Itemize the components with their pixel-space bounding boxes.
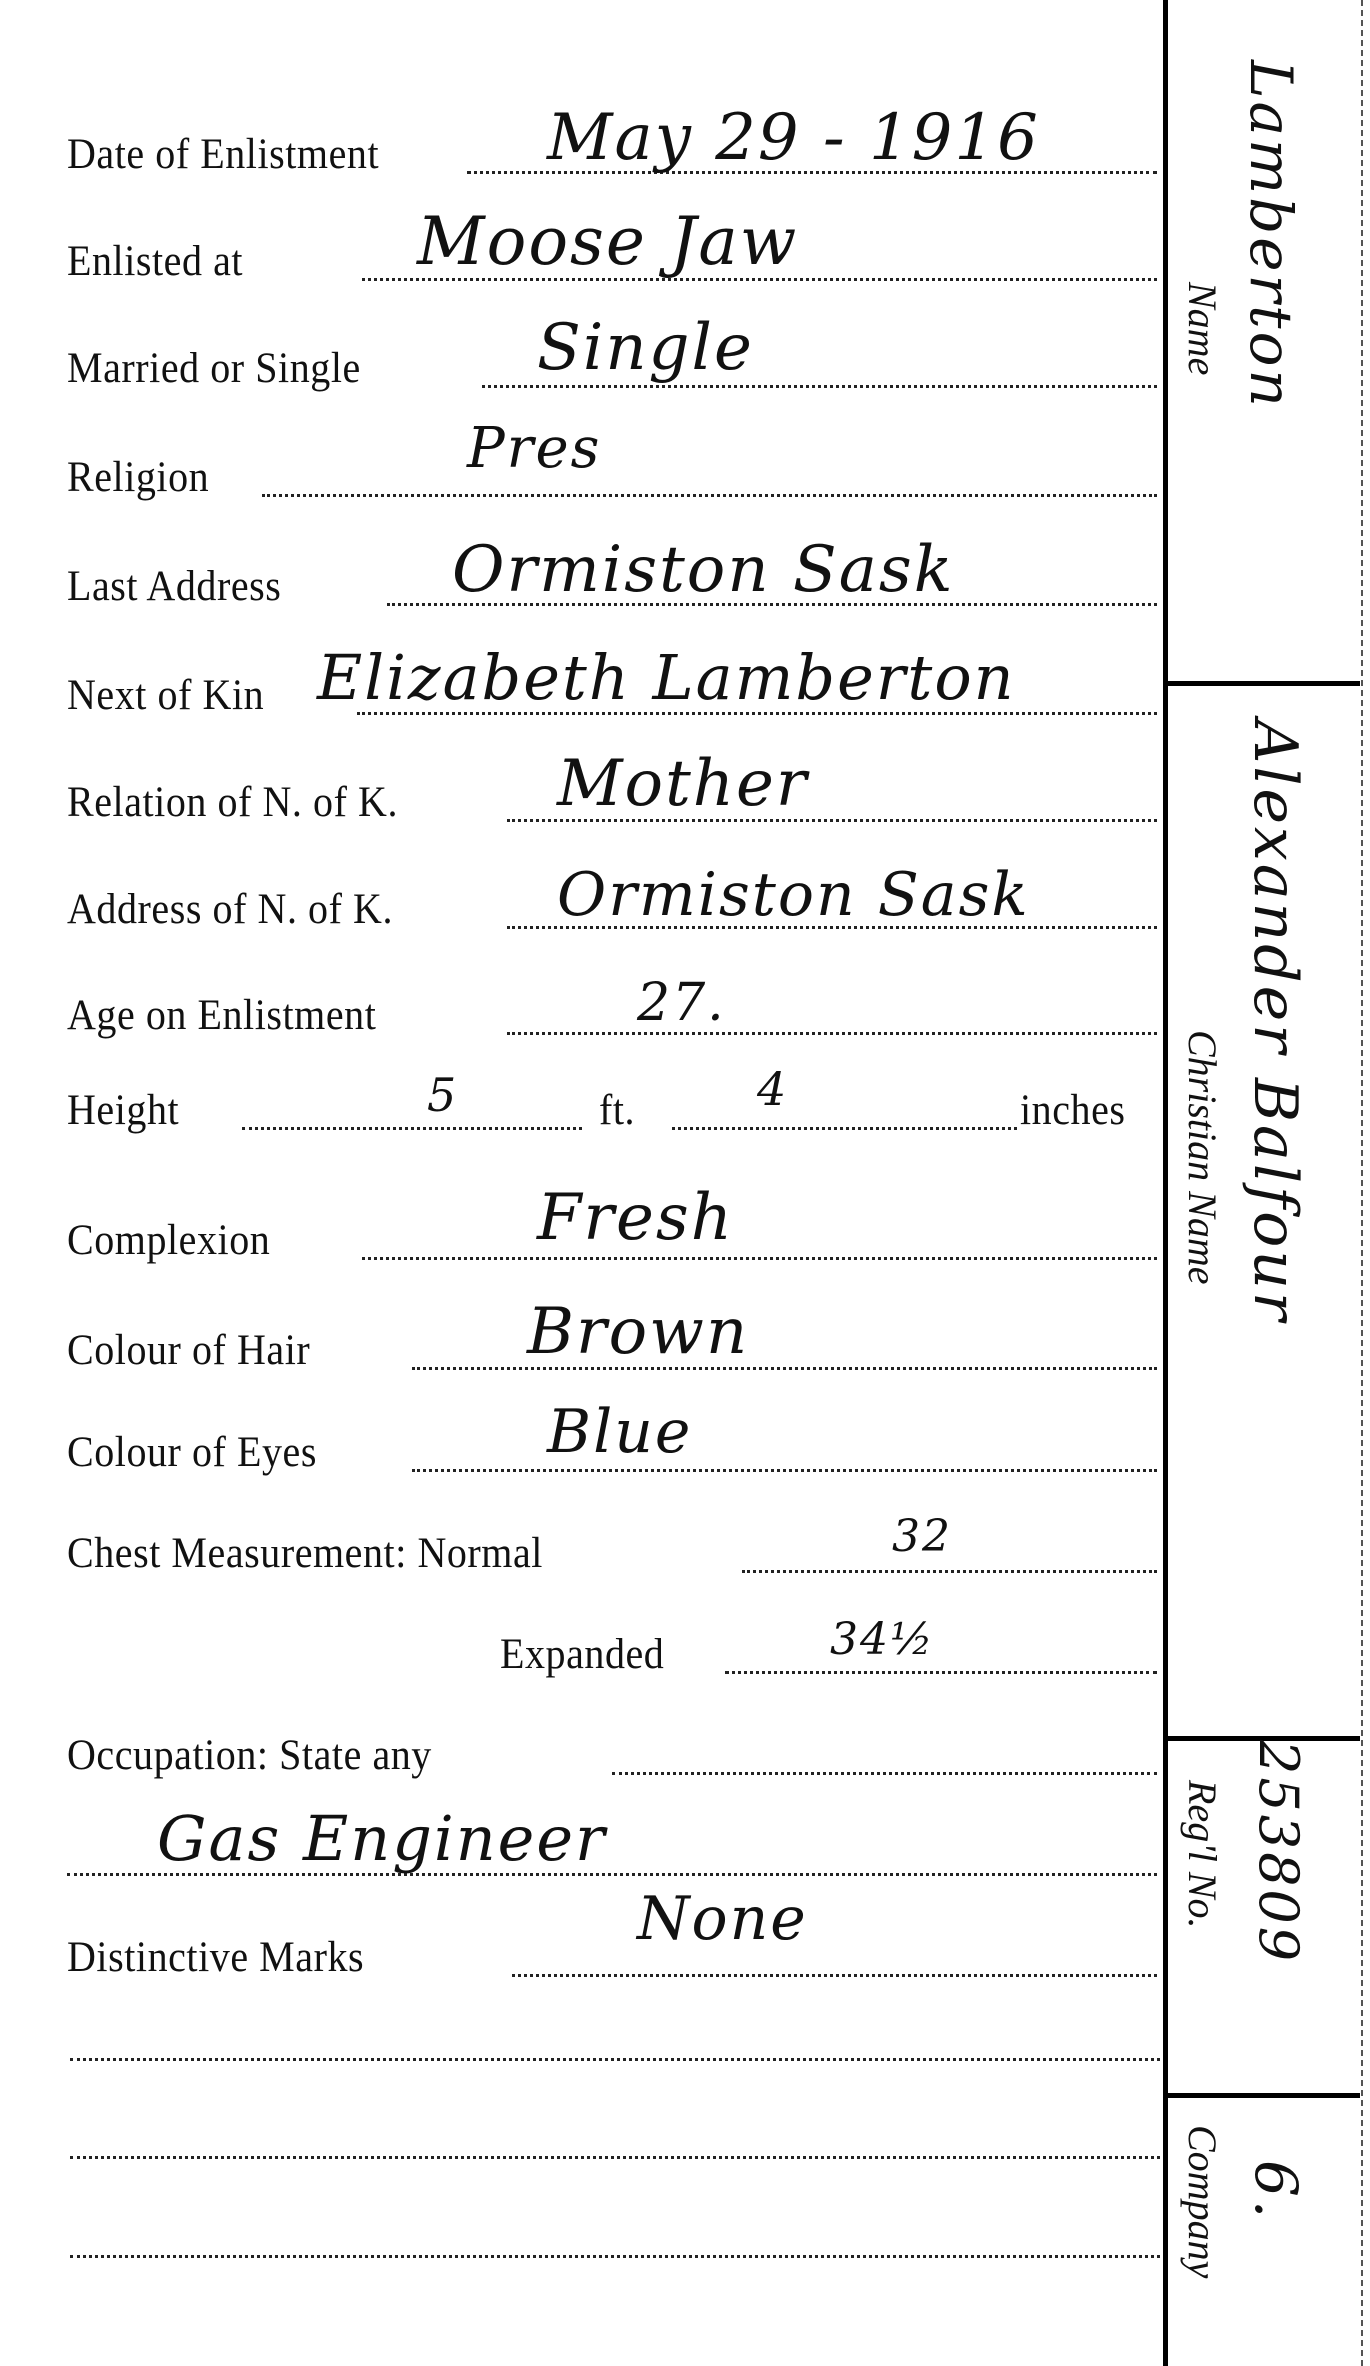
field-date-of-enlistment: Date of Enlistment May 29 - 1916 (67, 116, 1157, 176)
dotted-leader-ft (242, 1127, 582, 1130)
field-distinctive-marks: Distinctive Marks None (67, 1919, 1157, 1979)
value-height-ft[interactable]: 5 (427, 1072, 458, 1118)
dotted-leader (262, 494, 1157, 497)
label-inches: inches (1020, 1089, 1126, 1132)
panel-divider-vertical (1163, 0, 1168, 2366)
blank-line-3[interactable] (70, 2255, 1160, 2258)
field-height: Height 5 ft. 4 inches (67, 1072, 1163, 1132)
value-height-in[interactable]: 4 (757, 1066, 788, 1112)
value-religion[interactable]: Pres (467, 421, 601, 477)
value-chest-expanded[interactable]: 34½ (830, 1618, 935, 1662)
label-ft: ft. (599, 1089, 635, 1132)
dotted-leader (507, 1032, 1157, 1035)
side-label-name: Name (1182, 282, 1222, 375)
value-colour-of-eyes[interactable]: Blue (547, 1402, 692, 1462)
value-last-address[interactable]: Ormiston Sask (452, 538, 955, 602)
field-next-of-kin: Next of Kin Elizabeth Lamberton (67, 657, 1157, 717)
label-chest-expanded: Expanded (500, 1633, 664, 1676)
field-last-address: Last Address Ormiston Sask (67, 548, 1157, 608)
blank-line-2[interactable] (70, 2156, 1160, 2159)
field-chest-normal: Chest Measurement: Normal 32 (67, 1515, 1157, 1575)
field-address-nok: Address of N. of K. Ormiston Sask (67, 871, 1157, 931)
label-next-of-kin: Next of Kin (67, 674, 264, 717)
side-label-christian-name: Christian Name (1182, 1030, 1222, 1284)
side-value-name[interactable]: Lamberton (1242, 60, 1300, 410)
card-right-edge (1361, 0, 1363, 2366)
label-colour-of-eyes: Colour of Eyes (67, 1431, 317, 1474)
label-married-or-single: Married or Single (67, 347, 361, 390)
dotted-leader (512, 1974, 1157, 1977)
label-relation-nok: Relation of N. of K. (67, 781, 398, 824)
label-occupation: Occupation: State any (67, 1734, 432, 1777)
field-colour-of-hair: Colour of Hair Brown (67, 1312, 1157, 1372)
dotted-leader (412, 1469, 1157, 1472)
field-enlisted-at: Enlisted at Moose Jaw (67, 223, 1157, 283)
field-religion: Religion Pres (67, 439, 1157, 499)
field-complexion: Complexion Fresh (67, 1202, 1157, 1262)
value-next-of-kin[interactable]: Elizabeth Lamberton (317, 647, 1016, 709)
blank-line-1[interactable] (70, 2058, 1160, 2061)
field-chest-expanded: Expanded 34½ (500, 1616, 1157, 1676)
side-value-company[interactable]: 6. (1247, 2160, 1305, 2221)
value-date-of-enlistment[interactable]: May 29 - 1916 (547, 106, 1040, 170)
dotted-leader (362, 1257, 1157, 1260)
dotted-leader (742, 1570, 1157, 1573)
field-colour-of-eyes: Colour of Eyes Blue (67, 1414, 1157, 1474)
label-complexion: Complexion (67, 1219, 270, 1262)
label-distinctive-marks: Distinctive Marks (67, 1936, 364, 1979)
panel-divider-1 (1168, 681, 1360, 686)
label-chest-normal: Chest Measurement: Normal (67, 1532, 543, 1575)
value-chest-normal[interactable]: 32 (892, 1515, 952, 1559)
label-colour-of-hair: Colour of Hair (67, 1329, 310, 1372)
dotted-leader (482, 385, 1157, 388)
label-address-nok: Address of N. of K. (67, 888, 393, 931)
value-relation-nok[interactable]: Mother (557, 752, 808, 816)
dotted-leader (412, 1367, 1157, 1370)
side-label-company: Company (1182, 2125, 1222, 2278)
attestation-card: Date of Enlistment May 29 - 1916 Enliste… (0, 0, 1370, 2366)
value-colour-of-hair[interactable]: Brown (527, 1300, 749, 1364)
label-religion: Religion (67, 456, 209, 499)
value-distinctive-marks[interactable]: None (637, 1889, 808, 1949)
label-age-on-enlistment: Age on Enlistment (67, 994, 376, 1037)
side-value-regt-no[interactable]: 253809 (1251, 1740, 1305, 1964)
label-height: Height (67, 1089, 179, 1132)
side-value-christian-name[interactable]: Alexander Balfour (1245, 720, 1305, 1324)
panel-divider-3 (1168, 2093, 1360, 2098)
dotted-leader-in (672, 1127, 1017, 1130)
field-occupation: Occupation: State any (67, 1717, 1157, 1777)
value-married-or-single[interactable]: Single (537, 316, 754, 380)
value-enlisted-at[interactable]: Moose Jaw (417, 209, 798, 275)
value-age-on-enlistment[interactable]: 27. (637, 977, 726, 1029)
value-address-nok[interactable]: Ormiston Sask (557, 865, 1030, 925)
dotted-leader (725, 1671, 1157, 1674)
field-relation-nok: Relation of N. of K. Mother (67, 764, 1157, 824)
value-complexion[interactable]: Fresh (537, 1186, 734, 1250)
field-age-on-enlistment: Age on Enlistment 27. (67, 977, 1157, 1037)
side-label-regt-no: Reg'l No. (1182, 1780, 1222, 1929)
value-occupation[interactable]: Gas Engineer (157, 1808, 607, 1870)
field-married-or-single: Married or Single Single (67, 330, 1157, 390)
label-last-address: Last Address (67, 565, 281, 608)
dotted-leader (612, 1772, 1157, 1775)
label-enlisted-at: Enlisted at (67, 240, 243, 283)
field-occupation-value-line: Gas Engineer (67, 1818, 1157, 1878)
label-date-of-enlistment: Date of Enlistment (67, 133, 379, 176)
